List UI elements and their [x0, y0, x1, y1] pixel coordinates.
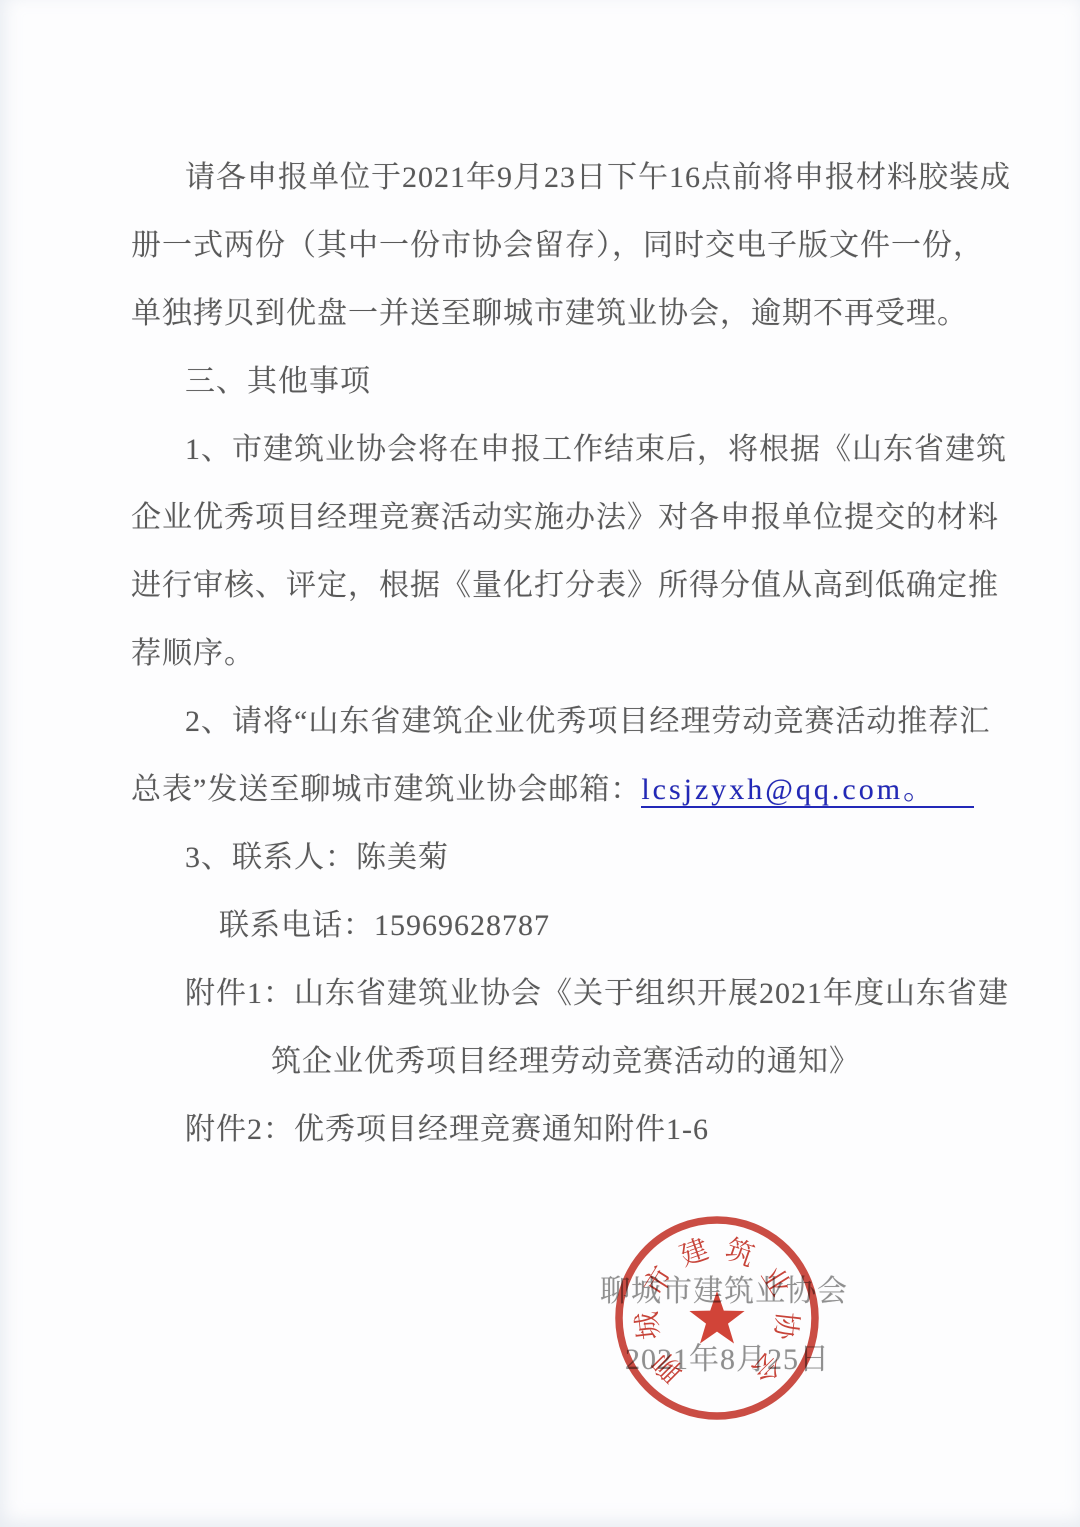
seal-char: 筑 — [721, 1233, 758, 1272]
document-line: 1、市建筑业协会将在申报工作结束后，将根据《山东省建筑 — [131, 416, 977, 484]
seal-char: 城 — [631, 1310, 666, 1341]
document-line: 筑企业优秀项目经理劳动竞赛活动的通知》 — [131, 1028, 977, 1096]
line-text: 进行审核、评定，根据《量化打分表》所得分值从高到低确定推 — [131, 569, 999, 602]
document-body: 请各申报单位于2021年9月23日下午16点前将申报材料胶装成册一式两份（其中一… — [131, 144, 977, 1164]
seal-char: 市 — [638, 1261, 680, 1302]
seal-char: 聊 — [647, 1346, 689, 1388]
line-text: 附件2：优秀项目经理竞赛通知附件1-6 — [185, 1113, 709, 1146]
seal-char: 协 — [768, 1310, 803, 1342]
document-line: 附件1：山东省建筑业协会《关于组织开展2021年度山东省建 — [131, 960, 977, 1028]
line-text: 三、其他事项 — [185, 365, 371, 398]
line-text: 册一式两份（其中一份市协会留存），同时交电子版文件一份， — [131, 229, 984, 262]
document-line: 附件2：优秀项目经理竞赛通知附件1-6 — [131, 1096, 977, 1164]
line-text: 筑企业优秀项目经理劳动竞赛活动的通知》 — [271, 1045, 860, 1078]
seal-star-icon — [689, 1291, 744, 1344]
seal-char: 建 — [676, 1233, 713, 1272]
document-line: 册一式两份（其中一份市协会留存），同时交电子版文件一份， — [131, 212, 977, 280]
document-line: 总表”发送至聊城市建筑业协会邮箱：lcsjzyxh@qq.com。 — [131, 756, 977, 824]
line-text: 联系电话：15969628787 — [219, 909, 550, 942]
official-seal: 聊城市建筑业协会 — [612, 1213, 822, 1423]
line-text: 请各申报单位于2021年9月23日下午16点前将申报材料胶装成 — [185, 161, 1011, 194]
document-line: 请各申报单位于2021年9月23日下午16点前将申报材料胶装成 — [131, 144, 977, 212]
document-line: 三、其他事项 — [131, 348, 977, 416]
document-page: 请各申报单位于2021年9月23日下午16点前将申报材料胶装成册一式两份（其中一… — [0, 0, 1080, 1527]
line-text: 单独拷贝到优盘一并送至聊城市建筑业协会，逾期不再受理。 — [131, 297, 968, 330]
seal-char: 业 — [754, 1261, 795, 1301]
document-line: 2、请将“山东省建筑企业优秀项目经理劳动竞赛活动推荐汇 — [131, 688, 977, 756]
document-line: 单独拷贝到优盘一并送至聊城市建筑业协会，逾期不再受理。 — [131, 280, 977, 348]
line-text: 2、请将“山东省建筑企业优秀项目经理劳动竞赛活动推荐汇 — [185, 705, 990, 738]
seal-char: 会 — [745, 1346, 787, 1388]
email-link[interactable]: lcsjzyxh@qq.com。 — [641, 773, 974, 808]
document-line: 3、联系人：陈美菊 — [131, 824, 977, 892]
document-line: 联系电话：15969628787 — [131, 892, 977, 960]
line-text: 总表”发送至聊城市建筑业协会邮箱： — [131, 773, 641, 806]
line-text: 荐顺序。 — [131, 637, 255, 670]
line-text: 企业优秀项目经理竞赛活动实施办法》对各申报单位提交的材料 — [131, 501, 999, 534]
line-text: 3、联系人：陈美菊 — [185, 841, 449, 874]
document-line: 荐顺序。 — [131, 620, 977, 688]
line-text: 1、市建筑业协会将在申报工作结束后，将根据《山东省建筑 — [185, 433, 1007, 466]
document-line: 企业优秀项目经理竞赛活动实施办法》对各申报单位提交的材料 — [131, 484, 977, 552]
document-line: 进行审核、评定，根据《量化打分表》所得分值从高到低确定推 — [131, 552, 977, 620]
line-text: 附件1：山东省建筑业协会《关于组织开展2021年度山东省建 — [185, 977, 1009, 1010]
